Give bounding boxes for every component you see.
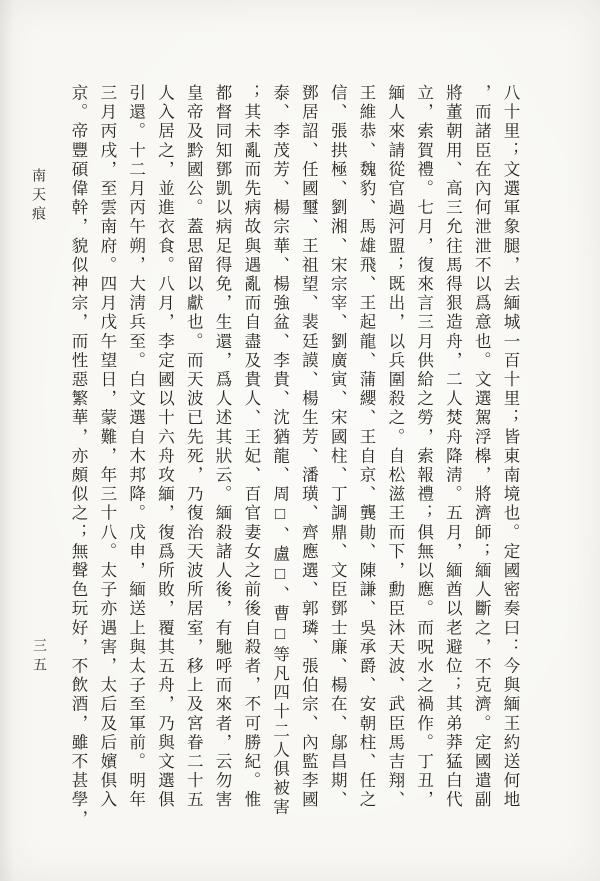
text-column-5: 緬人來請從官過河盟；既出，以兵圍殺之。自松滋王而下，勳臣沐天波、武臣馬吉翔、 [380,84,409,846]
text-column-4: 立，索賀禮。七月，復來言三月供給之勞，索報禮；俱無以應。而呪水之禍作。丁丑， [409,84,438,846]
text-block: 八十里；文選軍象腿，去緬城一百十里；皆東南境也。定國密奏曰：今與緬王約送何地，而… [62,84,524,846]
text-column-15: 三月丙戌，至雲南府。四月戊午望日，蒙難，年三十八。太子亦遇害，太后及后嬪俱入 [92,84,121,846]
text-column-16: 京。帝豐碩偉幹，貌似神宗，而性惡繁華，亦頗似之；無聲色玩好，不飲酒，雖不甚學， [63,84,92,846]
text-column-12: 皇帝及黔國公。蓋思留以獻也。而天波已先死，乃復治天波所居室，移上及宮眷二十五 [178,84,207,846]
text-column-6: 王維恭、魏豹、馬雄飛、王起龍、蒲纓、王自京、龔勛、陳謙、吳承爵、安朝柱、任之 [351,84,380,846]
text-column-2: ，而諸臣在內何泄泄不以爲意也。文選駕浮槔，將濟師；緬人斷之，不克濟。定國遣副 [466,84,495,846]
text-column-9: 泰、李茂芳、楊宗華、楊強盆、李貴、沈猶龍、周□、盧□、曹□等凡四十二人俱被害 [265,84,294,846]
scanned-book-page: 南天痕 八十里；文選軍象腿，去緬城一百十里；皆東南境也。定國密奏曰：今與緬王約送… [0,0,600,881]
text-column-3: 將董朝用、高三允往馬得狠造舟，二人焚舟降淸。五月，緬酋以老避位；其弟莽猛白代 [438,84,467,846]
text-column-10: ；其未亂而先病故與遇亂而自盡及貴人、王妃、百官妻女之前後自殺者，不可勝紀。惟 [236,84,265,846]
text-column-7: 信、張拱極、劉湘、宋宗宰、劉廣寅、宋國柱、丁調鼎、文臣鄧士廉、楊在、鄔昌期、 [322,84,351,846]
text-column-8: 鄧居詔、任國璽、王祖望、裴廷謨、楊生芳、潘璜、齊應選、郭璘、張伯宗、內監李國 [294,84,323,846]
text-column-14: 引還。十二月丙午朔，大淸兵至。白文選自木邦降。戊申，緬送上與太子至軍前。明年 [121,84,150,846]
text-column-1: 八十里；文選軍象腿，去緬城一百十里；皆東南境也。定國密奏曰：今與緬王約送何地 [495,84,524,846]
text-column-11: 都督同知鄧凱以病足得免，生還，爲人述其狀云。緬殺諸人後，有馳呼而來者，云勿害 [207,84,236,846]
book-margin-title: 南天痕 [27,168,47,225]
page-number: 三五 [28,638,48,676]
text-column-13: 人入居之，並進衣食。八月，李定國以十六舟攻緬，復爲所敗，覆其五舟，乃與文選俱 [150,84,179,846]
